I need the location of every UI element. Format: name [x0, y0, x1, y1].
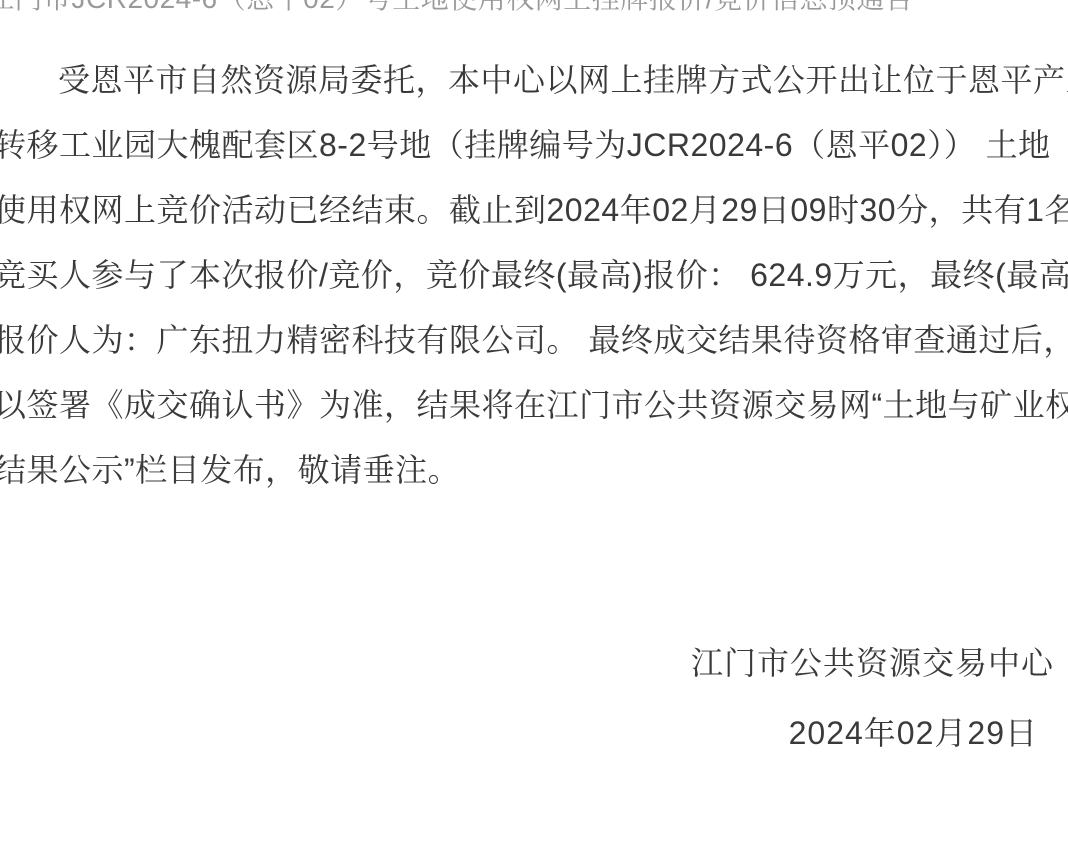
body-line: 使用权网上竞价活动已经结束。截止到2024年02月29日09时30分，共有1名: [0, 178, 1068, 243]
body-line: 以签署《成交确认书》为准，结果将在江门市公共资源交易网“土地与矿业权: [0, 373, 1068, 438]
signature-date: 2024年02月29日: [0, 714, 1038, 752]
signature-organization: 江门市公共资源交易中心: [0, 644, 1054, 682]
notice-body: 受恩平市自然资源局委托，本中心以网上挂牌方式公开出让位于恩平产业 转移工业园大槐…: [0, 48, 1068, 503]
document-page: 江门市JCR2024-6（恩平02）号土地使用权网上挂牌报价/竞价信息预通告 受…: [0, 0, 1068, 847]
document-title: 江门市JCR2024-6（恩平02）号土地使用权网上挂牌报价/竞价信息预通告: [0, 0, 914, 13]
body-line: 竞买人参与了本次报价/竞价，竞价最终(最高)报价： 624.9万元，最终(最高): [0, 243, 1068, 308]
body-line: 受恩平市自然资源局委托，本中心以网上挂牌方式公开出让位于恩平产业: [0, 48, 1068, 113]
body-line: 结果公示”栏目发布，敬请垂注。: [0, 438, 1068, 503]
body-line: 报价人为：广东扭力精密科技有限公司。 最终成交结果待资格审查通过后，: [0, 308, 1068, 373]
body-line: 转移工业园大槐配套区8-2号地（挂牌编号为JCR2024-6（恩平02）） 土地: [0, 113, 1068, 178]
